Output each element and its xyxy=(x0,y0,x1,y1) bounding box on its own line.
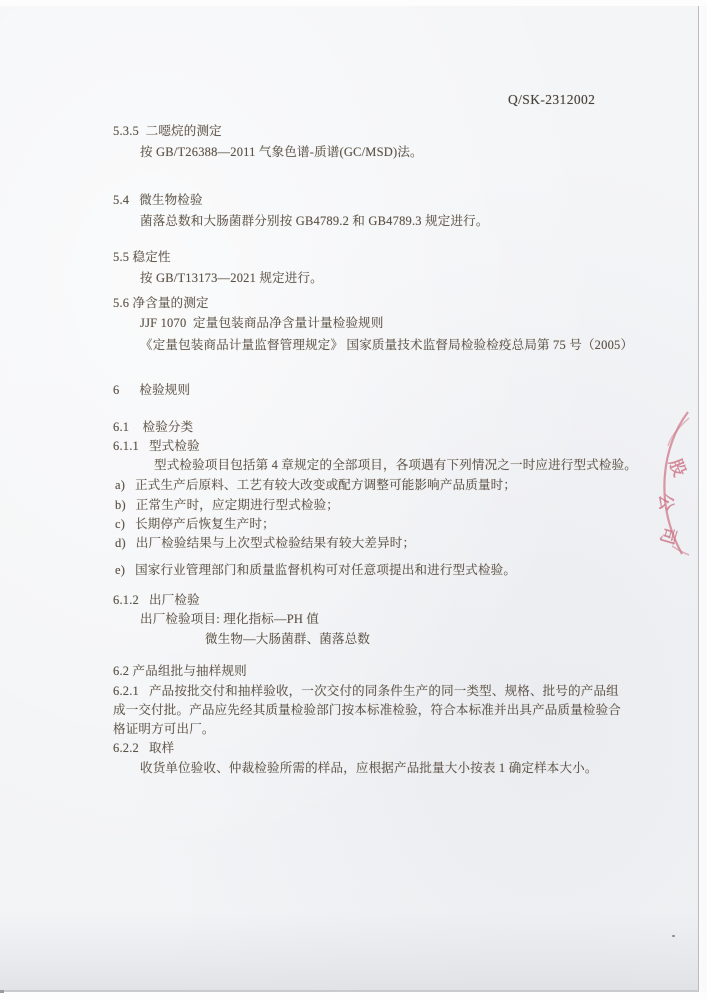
text-line: 《定量包装商品计量监督管理规定》 国家质量技术监督局检验检疫总局第 75 号（2… xyxy=(140,336,633,355)
text-line: 5.3.5 二噁烷的测定 xyxy=(113,122,633,141)
seal-arc: 股公司 xyxy=(642,408,690,558)
company-seal-stamp-icon: 股公司 xyxy=(642,408,690,558)
text-line: 格证明方可出厂。 xyxy=(113,720,633,739)
text-line: 型式检验项目包括第 4 章规定的全部项目，各项遇有下列情况之一时应进行型式检验。 xyxy=(154,456,633,475)
text-line: 出厂检验项目: 理化指标—PH 值 xyxy=(140,610,633,629)
text-line: 6.1 检验分类 xyxy=(113,418,633,437)
text-line: d) 出厂检验结果与上次型式检验结果有较大差异时； xyxy=(115,534,633,553)
text-line: JJF 1070 定量包装商品净含量计量检验规则 xyxy=(140,314,633,333)
text-line: a) 正式生产后原料、工艺有较大改变或配方调整可能影响产品质量时； xyxy=(115,476,633,495)
text-line: 6.2.2 取样 xyxy=(113,739,633,758)
text-line: 5.5 稳定性 xyxy=(113,248,633,267)
text-line: 5.6 净含量的测定 xyxy=(113,294,633,313)
text-line: 按 GB/T13173—2021 规定进行。 xyxy=(140,269,633,288)
text-line: e) 国家行业管理部门和质量监督机构可对任意项提出和进行型式检验。 xyxy=(115,561,633,580)
text-line: b) 正常生产时，应定期进行型式检验； xyxy=(115,496,633,515)
text-line: 收货单位验收、仲裁检验所需的样品，应根据产品批量大小按表 1 确定样本大小。 xyxy=(140,759,633,778)
scanner-margin xyxy=(700,6,707,992)
seal-character: 股 xyxy=(665,456,689,480)
text-line: 6 检验规则 xyxy=(113,381,633,400)
scanned-page: Q/SK-2312002 5.3.5 二噁烷的测定按 GB/T26388—201… xyxy=(0,6,699,992)
text-line: 6.1.2 出厂检验 xyxy=(113,591,633,610)
text-line: c) 长期停产后恢复生产时； xyxy=(115,515,633,534)
document-body: 5.3.5 二噁烷的测定按 GB/T26388—2011 气象色谱-质谱(GC/… xyxy=(113,122,633,778)
scan-edge-mark xyxy=(0,990,4,993)
seal-character: 公 xyxy=(656,493,676,511)
doc-code-header: Q/SK-2312002 xyxy=(508,92,595,108)
seal-character: 司 xyxy=(656,525,679,547)
text-line: 成一交付批。产品应先经其质量检验部门按本标准检验，符合本标准并出具产品质量检验合 xyxy=(113,701,633,720)
text-line: 6.2.1 产品按批交付和抽样验收，一次交付的同条件生产的同一类型、规格、批号的… xyxy=(113,682,633,701)
text-line: 6.1.1 型式检验 xyxy=(113,437,633,456)
text-line: 5.4 微生物检验 xyxy=(113,191,633,210)
text-line: 按 GB/T26388—2011 气象色谱-质谱(GC/MSD)法。 xyxy=(140,143,633,162)
scan-speck xyxy=(672,935,675,937)
text-line: 微生物—大肠菌群、菌落总数 xyxy=(205,630,633,649)
text-line: 菌落总数和大肠菌群分别按 GB4789.2 和 GB4789.3 规定进行。 xyxy=(140,212,633,231)
text-line: 6.2 产品组批与抽样规则 xyxy=(113,662,633,681)
